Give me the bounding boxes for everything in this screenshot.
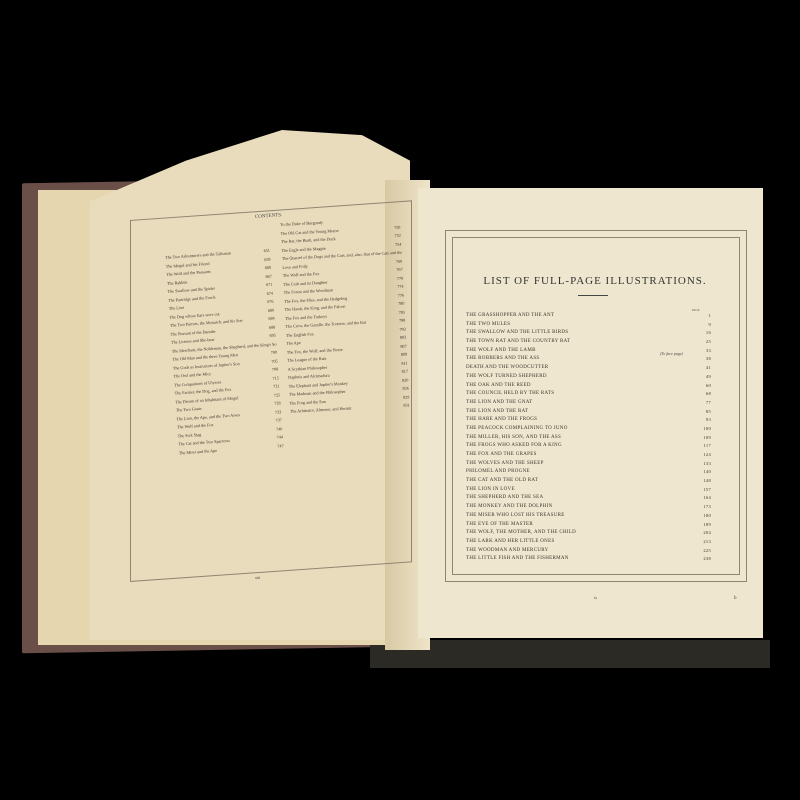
entry-page: 807: [400, 343, 407, 352]
entry-page: 754: [395, 241, 402, 250]
signature-mark: b: [734, 596, 737, 601]
list-item: THE WOLVES AND THE SHEEP133: [466, 461, 711, 470]
list-item: THE COUNCIL HELD BY THE RATS68: [466, 391, 711, 400]
entry-page: 41: [706, 365, 711, 374]
entry-title: DEATH AND THE WOODCUTTER: [466, 365, 548, 374]
list-item: THE WOLF TURNED SHEPHERD49: [466, 374, 711, 383]
to-face-page-note: (To face page): [660, 351, 683, 356]
entry-title: THE SHEPHERD AND THE SEA: [466, 495, 543, 504]
right-page-folio: ix: [594, 595, 597, 600]
entry-page: 33: [706, 348, 711, 357]
entry-title: THE LION IN LOVE: [466, 487, 515, 496]
entry-title: THE WOLF, THE MOTHER, AND THE CHILD: [466, 530, 576, 539]
entry-title: THE MILLER, HIS SON, AND THE ASS: [466, 435, 561, 444]
entry-page: 811: [401, 360, 408, 369]
entry-page: 760: [396, 258, 403, 267]
ornament-rule: [578, 295, 608, 296]
entry-page: 117: [704, 443, 711, 452]
list-item: THE WOLF, THE MOTHER, AND THE CHILD204: [466, 530, 711, 539]
list-item: THE WOODMAN AND MERCURY225: [466, 548, 711, 557]
entry-title: THE SWALLOW AND THE LITTLE BIRDS: [466, 330, 568, 339]
entry-title: THE TWO MULES: [466, 322, 510, 331]
list-item: THE OAK AND THE REED60: [466, 383, 711, 392]
entry-page: 189: [703, 522, 711, 531]
list-item: THE HARE AND THE FROGS93: [466, 417, 711, 426]
entry-title: THE LARK AND HER LITTLE ONES: [466, 539, 555, 548]
list-item: THE LION IN LOVE157: [466, 487, 711, 496]
entry-title: THE MONKEY AND THE DOLPHIN: [466, 504, 552, 513]
entry-page: 770: [397, 275, 404, 284]
entry-title: THE EYE OF THE MASTER: [466, 522, 533, 531]
entry-page: 140: [703, 469, 711, 478]
entry-title: THE WOLVES AND THE SHEEP: [466, 461, 544, 470]
list-item: THE SHEPHERD AND THE SEA164: [466, 495, 711, 504]
entry-title: PHILOMEL AND PROGNE: [466, 469, 530, 478]
list-item: THE ROBBERS AND THE ASS38: [466, 356, 711, 365]
entry-title: THE OAK AND THE REED: [466, 383, 531, 392]
entry-title: THE WOLF TURNED SHEPHERD: [466, 374, 547, 383]
entry-page: 25: [706, 339, 711, 348]
entry-page: 77: [706, 400, 711, 409]
entry-page: 124: [703, 452, 711, 461]
entry-page: 100: [703, 426, 711, 435]
contents-column-2: To the Duke of BurgundyThe Old Cat and t…: [280, 216, 410, 418]
entry-page: 204: [703, 530, 711, 539]
book-cover-bottom: [370, 640, 770, 668]
list-item: DEATH AND THE WOODCUTTER41: [466, 365, 711, 374]
entry-page: 785: [398, 309, 405, 318]
list-item: THE EYE OF THE MASTER189: [466, 522, 711, 531]
entry-page: 148: [703, 478, 711, 487]
list-item: THE PEACOCK COMPLAINING TO JUNO100: [466, 426, 711, 435]
entry-title: THE FROGS WHO ASKED FOR A KING: [466, 443, 562, 452]
page-column-label: PAGE: [692, 308, 700, 312]
entry-page: 831: [403, 402, 410, 411]
list-item: THE TWO MULES9: [466, 322, 711, 331]
list-item: THE TOWN RAT AND THE COUNTRY RAT25: [466, 339, 711, 348]
list-item: THE SWALLOW AND THE LITTLE BIRDS16: [466, 330, 711, 339]
entry-page: 774: [397, 284, 404, 293]
contents-column-1: The Two Adventurers and the Talisman651T…: [165, 248, 284, 459]
entry-page: 750: [394, 224, 401, 233]
list-item: THE LARK AND HER LITTLE ONES213: [466, 539, 711, 548]
list-item: THE FROGS WHO ASKED FOR A KING117: [466, 443, 711, 452]
entry-page: 788: [399, 318, 406, 327]
entry-page: 68: [706, 391, 711, 400]
entry-title: THE CAT AND THE OLD RAT: [466, 478, 538, 487]
entry-title: THE MISER WHO LOST HIS TREASURE: [466, 513, 565, 522]
entry-page: 60: [706, 383, 711, 392]
entry-page: 133: [703, 461, 711, 470]
entry-page: 747: [277, 443, 284, 452]
entry-title: THE LION AND THE RAT: [466, 409, 528, 418]
list-item: THE MILLER, HIS SON, AND THE ASS109: [466, 435, 711, 444]
entry-page: 225: [703, 548, 711, 557]
entry-page: 173: [703, 504, 711, 513]
illustrations-title: LIST OF FULL-PAGE ILLUSTRATIONS.: [460, 275, 730, 287]
entry-page: 93: [706, 417, 711, 426]
entry-title: THE PEACOCK COMPLAINING TO JUNO: [466, 426, 568, 435]
list-item: THE MISER WHO LOST HIS TREASURE180: [466, 513, 711, 522]
entry-title: THE LION AND THE GNAT: [466, 400, 532, 409]
list-item: THE LION AND THE RAT85: [466, 409, 711, 418]
entry-page: 9: [708, 322, 711, 331]
list-item: THE CAT AND THE OLD RAT148: [466, 478, 711, 487]
list-item: PHILOMEL AND PROGNE140: [466, 469, 711, 478]
entry-page: 85: [706, 409, 711, 418]
entry-title: THE HARE AND THE FROGS: [466, 417, 537, 426]
entry-page: 820: [402, 377, 409, 386]
entry-page: 238: [703, 556, 711, 565]
entry-title: THE LITTLE FISH AND THE FISHERMAN: [466, 556, 569, 565]
list-item: THE FOX AND THE GRAPES124: [466, 452, 711, 461]
entry-page: 16: [706, 330, 711, 339]
list-item: THE LION AND THE GNAT77: [466, 400, 711, 409]
list-item: THE GRASSHOPPER AND THE ANT1: [466, 313, 711, 322]
list-item: THE MONKEY AND THE DOLPHIN173: [466, 504, 711, 513]
entry-page: 38: [706, 356, 711, 365]
entry-page: 180: [703, 513, 711, 522]
entry-title: THE ROBBERS AND THE ASS: [466, 356, 540, 365]
entry-title: THE TOWN RAT AND THE COUNTRY RAT: [466, 339, 570, 348]
list-item: THE LITTLE FISH AND THE FISHERMAN238: [466, 556, 711, 565]
entry-title: THE WOODMAN AND MERCURY: [466, 548, 549, 557]
entry-title: THE WOLF AND THE LAMB: [466, 348, 536, 357]
entry-page: 826: [402, 385, 409, 394]
left-page-folio: xiii: [255, 575, 260, 580]
entry-title: THE FOX AND THE GRAPES: [466, 452, 537, 461]
entry-page: 1: [708, 313, 711, 322]
entry-page: 157: [703, 487, 711, 496]
entry-page: 809: [401, 352, 408, 361]
entry-title: THE GRASSHOPPER AND THE ANT: [466, 313, 554, 322]
entry-page: 213: [703, 539, 711, 548]
entry-page: 164: [703, 495, 711, 504]
entry-title: THE COUNCIL HELD BY THE RATS: [466, 391, 554, 400]
entry-page: 109: [703, 435, 711, 444]
entry-page: 49: [706, 374, 711, 383]
